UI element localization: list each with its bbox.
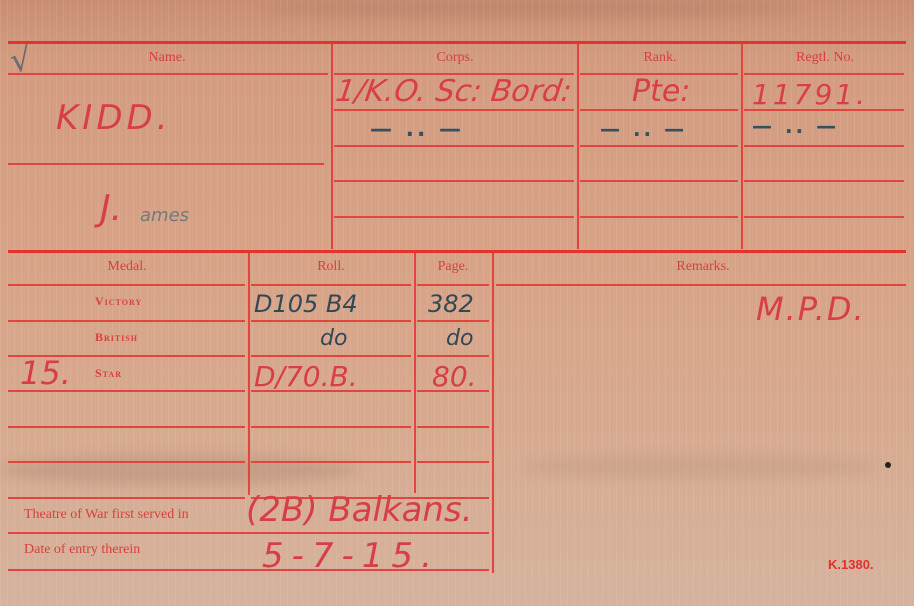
ditto-rank: — .. —: [600, 117, 687, 141]
medal-index-card: √ Name. Corps. Rank. Regtl. No. KIDD. J.…: [0, 0, 914, 606]
rule: [580, 180, 738, 182]
top-rule: [8, 41, 906, 44]
stain: [260, 0, 800, 18]
header-roll: Roll.: [317, 259, 345, 275]
rule: [8, 163, 324, 165]
rule: [417, 461, 489, 463]
rule: [744, 180, 904, 182]
remarks-value: M.P.D.: [756, 290, 866, 328]
col-divider: [577, 44, 579, 249]
col-divider: [414, 253, 416, 493]
header-medal: Medal.: [107, 259, 146, 275]
regtl-no-value: 11791.: [752, 78, 868, 111]
rule: [580, 145, 738, 147]
rule: [8, 532, 489, 534]
theatre-label: Theatre of War first served in: [24, 507, 189, 523]
corps-value: 1/K.O. Sc: Bord:: [334, 74, 574, 109]
roll-star: D/70.B.: [254, 360, 358, 393]
rule: [8, 284, 245, 286]
col-divider: [331, 44, 333, 249]
header-page: Page.: [438, 259, 469, 275]
rule: [334, 180, 574, 182]
rule: [334, 145, 574, 147]
surname: KIDD.: [56, 98, 172, 138]
date-value: 5-7-15.: [262, 536, 440, 576]
form-number: K.1380.: [828, 557, 874, 572]
rule: [8, 497, 245, 499]
rule: [744, 73, 904, 75]
page-british: do: [446, 326, 473, 351]
roll-victory: D105 B4: [254, 290, 358, 318]
forename-initial: J.: [100, 188, 122, 229]
middle-rule: [8, 250, 906, 253]
rule: [744, 216, 904, 218]
col-divider: [248, 253, 250, 495]
rule: [334, 109, 574, 111]
header-name: Name.: [149, 50, 186, 66]
stain: [520, 455, 880, 479]
forename-rest: ames: [140, 205, 189, 226]
col-divider: [741, 44, 743, 249]
rule: [417, 284, 489, 286]
rank-value: Pte:: [632, 74, 690, 109]
pencil-check-mark: √: [7, 39, 34, 82]
medal-victory: Victory: [95, 294, 142, 309]
rule: [417, 320, 489, 322]
medal-star: Star: [95, 366, 122, 381]
col-divider: [492, 253, 494, 573]
page-star: 80.: [432, 360, 477, 393]
rule: [334, 216, 574, 218]
medal-british: British: [95, 330, 138, 345]
rule: [580, 109, 738, 111]
header-remarks: Remarks.: [676, 259, 729, 275]
rule: [8, 461, 245, 463]
stain: [0, 455, 360, 485]
header-corps: Corps.: [437, 50, 474, 66]
ditto-regtl: — .. —: [752, 114, 839, 138]
rule: [251, 426, 411, 428]
ink-dot: [885, 462, 891, 468]
page-victory: 382: [428, 290, 474, 318]
rule: [251, 284, 411, 286]
rule: [251, 461, 411, 463]
rule: [251, 355, 411, 357]
rule: [496, 284, 906, 286]
rule: [8, 426, 245, 428]
rule: [580, 216, 738, 218]
theatre-value: (2B) Balkans.: [246, 490, 473, 530]
star-prefix: 15.: [20, 354, 71, 392]
rule: [417, 426, 489, 428]
ditto-corps: — .. —: [370, 117, 464, 142]
header-regtl-no: Regtl. No.: [796, 50, 854, 66]
date-label: Date of entry therein: [24, 542, 140, 558]
roll-british: do: [320, 326, 347, 351]
rule: [8, 320, 245, 322]
rule: [251, 320, 411, 322]
rule: [417, 355, 489, 357]
rule: [744, 145, 904, 147]
rule: [8, 73, 328, 75]
header-rank: Rank.: [643, 50, 676, 66]
